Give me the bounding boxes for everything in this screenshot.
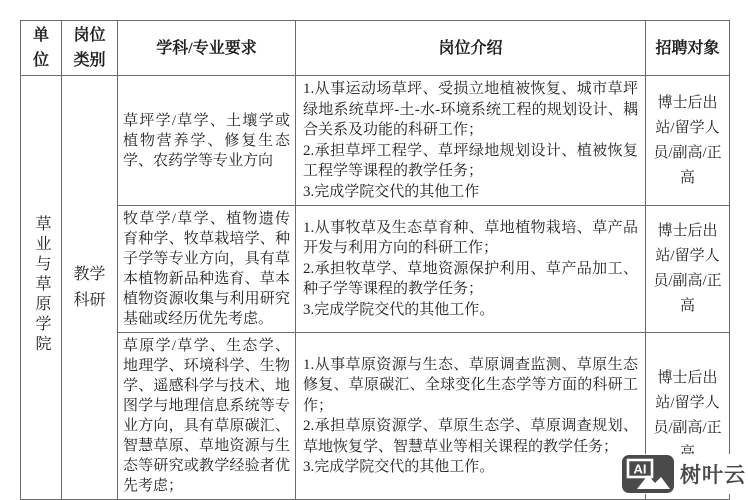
table-row: 草业与草原学院 教学科研 草坪学/草学、土壤学或植物营养学、修复生态学、农药学等… bbox=[21, 76, 730, 206]
major-cell: 牧草学/草学、植物遗传育种学、牧草栽培学、种子学等专业方向，具有草本植物新品种选… bbox=[118, 206, 296, 333]
header-unit-label: 单位 bbox=[32, 23, 50, 73]
table-header-row: 单位 岗位类别 学科/专业要求 岗位介绍 招聘对象 bbox=[21, 21, 730, 76]
intro-item: 1.从事运动场草坪、受损立地植被恢复、城市草坪绿地系统草坪-土-水-环境系统工程… bbox=[303, 79, 638, 141]
header-category: 岗位类别 bbox=[62, 21, 118, 76]
intro-item: 3.完成学院交代的其他工作 bbox=[303, 182, 638, 203]
intro-cell: 1.从事运动场草坪、受损立地植被恢复、城市草坪绿地系统草坪-土-水-环境系统工程… bbox=[296, 76, 646, 206]
intro-cell: 1.从事牧草及生态草育种、草地植物栽培、草产品开发与利用方向的科研工作； 2.承… bbox=[296, 206, 646, 333]
unit-name: 草业与草原学院 bbox=[33, 215, 49, 355]
svg-text:AI: AI bbox=[634, 462, 647, 477]
target-cell: 博士后出站/留学人员/副高/正高 bbox=[646, 76, 730, 206]
watermark-brand: 树叶云 bbox=[680, 459, 746, 489]
ai-image-logo-icon: AI bbox=[621, 454, 675, 494]
header-category-label: 岗位类别 bbox=[72, 23, 107, 73]
header-unit: 单位 bbox=[21, 21, 62, 76]
unit-cell: 草业与草原学院 bbox=[21, 76, 62, 500]
major-text: 牧草学/草学、植物遗传育种学、牧草栽培学、种子学等专业方向，具有草本植物新品种选… bbox=[123, 209, 290, 329]
category-cell: 教学科研 bbox=[62, 76, 118, 500]
intro-cell: 1.从事草原资源与生态、草原调查监测、草原生态修复、草原碳汇、全球变化生态学等方… bbox=[296, 333, 646, 500]
watermark: AI 树叶云 bbox=[621, 454, 746, 494]
major-cell: 草坪学/草学、土壤学或植物营养学、修复生态学、农药学等专业方向 bbox=[118, 76, 296, 206]
intro-item: 2.承担草原资源学、草原生态学、草原调查规划、草地恢复学、智慧草业等相关课程的教… bbox=[303, 416, 638, 457]
target-text: 博士后出站/留学人员/副高/正高 bbox=[651, 219, 725, 319]
table-row: 牧草学/草学、植物遗传育种学、牧草栽培学、种子学等专业方向，具有草本植物新品种选… bbox=[21, 206, 730, 333]
header-target-label: 招聘对象 bbox=[655, 40, 719, 57]
major-text: 草坪学/草学、土壤学或植物营养学、修复生态学、农药学等专业方向 bbox=[123, 111, 290, 171]
intro-item: 1.从事草原资源与生态、草原调查监测、草原生态修复、草原碳汇、全球变化生态学等方… bbox=[303, 355, 638, 417]
header-intro: 岗位介绍 bbox=[296, 21, 646, 76]
header-target: 招聘对象 bbox=[646, 21, 730, 76]
header-major-label: 学科/专业要求 bbox=[156, 40, 256, 57]
recruitment-table: 单位 岗位类别 学科/专业要求 岗位介绍 招聘对象 草业与草原学院 教学科研 草… bbox=[20, 20, 730, 500]
intro-item: 2.承担牧草学、草地资源保护利用、草产品加工、种子学等课程的教学任务； bbox=[303, 259, 638, 300]
header-major: 学科/专业要求 bbox=[118, 21, 296, 76]
category-name: 教学科研 bbox=[72, 262, 107, 314]
intro-item: 3.完成学院交代的其他工作。 bbox=[303, 300, 638, 321]
target-cell: 博士后出站/留学人员/副高/正高 bbox=[646, 206, 730, 333]
intro-item: 1.从事牧草及生态草育种、草地植物栽培、草产品开发与利用方向的科研工作； bbox=[303, 218, 638, 259]
target-text: 博士后出站/留学人员/副高/正高 bbox=[651, 366, 725, 466]
intro-item: 3.完成学院交代的其他工作。 bbox=[303, 457, 638, 478]
major-cell: 草原学/草学、生态学、地理学、环境科学、生物学、遥感科学与技术、地图学与地理信息… bbox=[118, 333, 296, 500]
header-intro-label: 岗位介绍 bbox=[438, 40, 502, 57]
intro-item: 2.承担草坪工程学、草坪绿地规划设计、植被恢复工程学等课程的教学任务； bbox=[303, 141, 638, 182]
major-text: 草原学/草学、生态学、地理学、环境科学、生物学、遥感科学与技术、地图学与地理信息… bbox=[123, 336, 290, 496]
target-text: 博士后出站/留学人员/副高/正高 bbox=[651, 91, 725, 191]
